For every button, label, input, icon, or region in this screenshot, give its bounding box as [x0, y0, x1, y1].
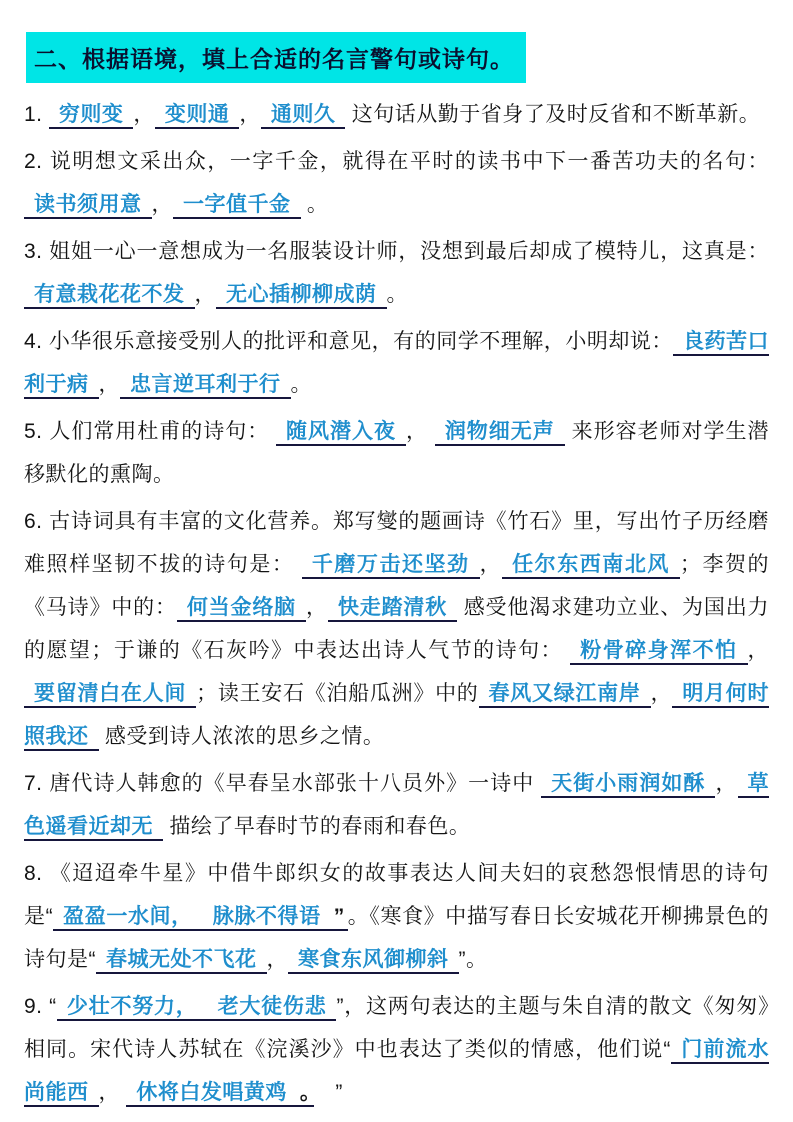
answer-blank: 快走踏清秋 [328, 596, 457, 622]
answer-blank: 有意栽花花不发 [24, 283, 195, 309]
question-text: 3. 姐姐一心一意想成为一名服装设计师，没想到最后却成了模特儿，这真是： [24, 240, 769, 263]
question-text: ；读王安石《泊船瓜洲》中的 [196, 682, 478, 705]
question-text: ， [306, 596, 328, 619]
question-text: 2. 说明想文采出众，一字千金，就得在平时的读书中下一番苦功夫的名句： [24, 150, 769, 173]
question-text: ， [195, 283, 217, 306]
answer-blank: 润物细无声 [435, 420, 565, 446]
answer-blank: 通则久 [261, 103, 346, 129]
question-text: 。 [387, 283, 409, 306]
question-text: 9. “ [24, 995, 57, 1018]
question-text: ， [406, 420, 435, 443]
worksheet-page: 二、根据语境，填上合适的名言警句或诗句。 1. 穷则变，变则通，通则久 这句话从… [0, 0, 793, 1122]
question-text: ， [715, 772, 737, 795]
answer-blank: 休将白发唱黄鸡 [126, 1081, 297, 1107]
question-text: 。 [301, 193, 329, 216]
question-item: 7. 唐代诗人韩愈的《早春呈水部张十八员外》一诗中 天街小雨润如酥，草色遥看近却… [24, 762, 769, 848]
answer-blank: 粉骨碎身浑不怕 [570, 639, 747, 665]
question-text: ， [748, 639, 770, 662]
question-text: ， [239, 103, 261, 126]
question-text: ， [99, 1081, 127, 1104]
answer-blank: 要留清白在人间 [24, 682, 196, 708]
answer-blank: 少壮不努力， [57, 995, 208, 1021]
question-item: 6. 古诗词具有丰富的文化营养。郑写燮的题画诗《竹石》里，写出竹子历经磨难照样坚… [24, 500, 769, 758]
question-item: 2. 说明想文采出众，一字千金，就得在平时的读书中下一番苦功夫的名句： 读书须用… [24, 140, 769, 226]
answer-blank: 老大徒伤悲 [208, 995, 337, 1021]
question-text: ， [480, 553, 503, 576]
section-title: 二、根据语境，填上合适的名言警句或诗句。 [26, 32, 526, 83]
question-item: 8. 《迢迢牵牛星》中借牛郎织女的故事表达人间夫妇的哀愁怨恨情思的诗句是“盈盈一… [24, 852, 769, 981]
question-text: ， [267, 948, 289, 971]
question-text: 4. 小华很乐意接受别人的批评和意见，有的同学不理解，小明却说： [24, 330, 673, 353]
question-list: 1. 穷则变，变则通，通则久 这句话从勤于省身了及时反省和不断革新。2. 说明想… [24, 93, 769, 1114]
answer-blank: 脉脉不得语 [203, 905, 331, 931]
answer-blank: 春风又绿江南岸 [479, 682, 651, 708]
question-item: 4. 小华很乐意接受别人的批评和意见，有的同学不理解，小明却说：良药苦口利于病，… [24, 320, 769, 406]
answer-blank: 寒食东风御柳斜 [288, 948, 459, 974]
question-text: ” [314, 1081, 343, 1104]
answer-blank: 何当金络脑 [177, 596, 306, 622]
question-text: ， [152, 193, 174, 216]
answer-blank: 。 [297, 1081, 314, 1107]
question-text: 。 [291, 373, 313, 396]
answer-blank: 读书须用意 [24, 193, 152, 219]
question-text: 1. [24, 103, 49, 126]
question-text: ， [651, 682, 673, 705]
answer-blank: 无心插柳柳成荫 [216, 283, 387, 309]
answer-blank: 随风潜入夜 [276, 420, 406, 446]
answer-blank: 春城无处不飞花 [96, 948, 267, 974]
question-text: ， [99, 373, 121, 396]
answer-blank: 忠言逆耳利于行 [120, 373, 291, 399]
question-item: 5. 人们常用杜甫的诗句： 随风潜入夜， 润物细无声 来形容老师对学生潜移默化的… [24, 410, 769, 496]
question-item: 1. 穷则变，变则通，通则久 这句话从勤于省身了及时反省和不断革新。 [24, 93, 769, 136]
question-text: 5. 人们常用杜甫的诗句： [24, 420, 276, 443]
question-text: 感受到诗人浓浓的思乡之情。 [99, 725, 385, 748]
answer-blank: 穷则变 [49, 103, 134, 129]
answer-blank: 盈盈一水间， [53, 905, 203, 931]
answer-blank: 天街小雨润如酥 [541, 772, 715, 798]
section-title-text: 二、根据语境，填上合适的名言警句或诗句。 [34, 46, 514, 72]
question-text: 这句话从勤于省身了及时反省和不断革新。 [345, 103, 760, 126]
question-text: ， [133, 103, 155, 126]
answer-blank: 一字值千金 [173, 193, 301, 219]
question-item: 3. 姐姐一心一意想成为一名服装设计师，没想到最后却成了模特儿，这真是：有意栽花… [24, 230, 769, 316]
answer-blank: 变则通 [155, 103, 240, 129]
answer-blank: 任尔东西南北风 [502, 553, 680, 579]
question-text: 描绘了早春时节的春雨和春色。 [163, 815, 470, 838]
answer-blank: ” [331, 905, 348, 931]
question-item: 9. “少壮不努力，老大徒伤悲”，这两句表达的主题与朱自清的散文《匆匆》相同。宋… [24, 985, 769, 1114]
question-text: 7. 唐代诗人韩愈的《早春呈水部张十八员外》一诗中 [24, 772, 541, 795]
answer-blank: 千磨万击还坚劲 [302, 553, 480, 579]
question-text: ”。 [459, 948, 488, 971]
